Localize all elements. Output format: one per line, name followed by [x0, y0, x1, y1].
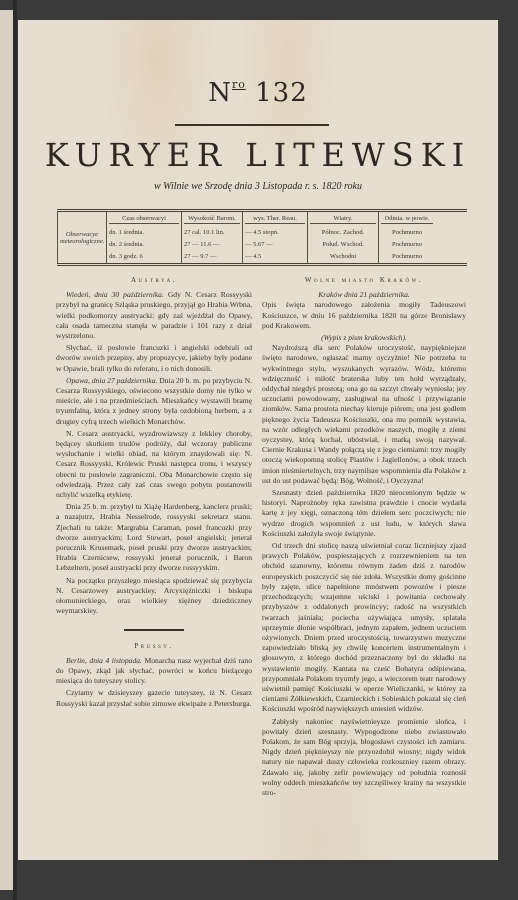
cell: dn. 2 średnia.: [109, 241, 179, 248]
section-separator: [124, 629, 184, 631]
adjacent-page-edge: [0, 10, 14, 890]
issue-dateline: w Wilnie we Srzodę dnia 3 Listopada r. s…: [18, 181, 498, 192]
section-heading-krakow: Wolne miasto Kraków.: [262, 275, 466, 285]
header-wind: Wiatry.: [310, 215, 376, 224]
cell: Połud. Wschod.: [310, 241, 376, 248]
section-heading-prussia: Prussy.: [56, 641, 252, 651]
newspaper-page: Nro 132 KURYER LITEWSKI w Wilnie we Srzo…: [18, 20, 498, 860]
cell: Wschodni: [310, 253, 376, 260]
paragraph-text: Czytamy w dzisieyszey gazecie tuteyszey,…: [56, 688, 252, 707]
cell: Północ. Zachod.: [310, 229, 376, 236]
article-source: (Wypis z pism krakowskich).: [262, 333, 466, 343]
weather-table-label: Obserwacye meteorologiczne.: [57, 212, 107, 263]
cell: 27 — 9.7 —: [184, 253, 240, 260]
book-spine: [13, 0, 17, 900]
paragraph-text: Na początku przyszłego miesiąca spodziew…: [56, 576, 252, 616]
left-column: Austrya. Wiedeń, dnia 30 października. G…: [56, 273, 252, 711]
number-value: 132: [255, 78, 308, 108]
right-column: Wolne miasto Kraków. Kraków dnia 21 paźd…: [262, 273, 466, 800]
weather-col-thermometer: wys. Ther. Reau. — 4.5 stopn. — 5.67 — —…: [243, 212, 308, 263]
cell: dn. 3 godz. 6: [109, 253, 179, 260]
cell: Pochmurno: [381, 229, 433, 236]
cell: 27 cal. 10.1 lin.: [184, 229, 240, 236]
weather-observation-table: Obserwacye meteorologiczne. Czas obserwa…: [57, 209, 467, 266]
cell: — 4.5 stopn.: [245, 229, 305, 236]
article-paragraph: Czytamy w dzisieyszey gazecie tuteyszey,…: [56, 688, 252, 708]
article-paragraph: Zabłysły nakoniec nayświetnieysze promie…: [262, 717, 466, 799]
cell: dn. 1 średnia.: [109, 229, 179, 236]
article-paragraph: Słychać, iż posłowie francuzki i angiels…: [56, 343, 252, 374]
article-paragraph: Dnia 25 b. m. przybył tu Xiążę Hardenber…: [56, 502, 252, 573]
article-paragraph: Wiedeń, dnia 30 października. Gdy N. Ces…: [56, 290, 252, 341]
weather-col-wind: Wiatry. Północ. Zachod. Połud. Wschod. W…: [308, 212, 379, 263]
weather-col-barometer: Wysokość Barom. 27 cal. 10.1 lin. 27 — 1…: [182, 212, 243, 263]
paragraph-text: Słychać, iż posłowie francuzki i angiels…: [56, 343, 252, 372]
article-paragraph: Szesnasty dzień października 1820 nieoce…: [262, 488, 466, 539]
paragraph-text: N. Cesarz austryacki, wyzdrowiawszy z le…: [56, 429, 252, 499]
cell: 27 — 11.6 —: [184, 241, 240, 248]
cell: Pochmurno: [381, 241, 433, 248]
article-paragraph: Naydroższą dla serc Polaków uroczystość,…: [262, 343, 466, 486]
newspaper-title: KURYER LITEWSKI: [18, 136, 498, 174]
header-thermometer: wys. Ther. Reau.: [245, 215, 305, 224]
cell: — 4.5: [245, 253, 305, 260]
article-dateline: Kraków dnia 21 października.: [262, 290, 466, 300]
article-paragraph: Od trzech dni stolicę naszą uświetniał c…: [262, 541, 466, 714]
masthead-rule: [175, 124, 329, 126]
paragraph-dateline: Opawa, dnia 27 października.: [66, 376, 157, 385]
header-conditions: Odmia. w powie.: [381, 215, 433, 224]
weather-label-text: Obserwacye meteorologiczne.: [60, 231, 104, 245]
paragraph-dateline: Wiedeń, dnia 30 października.: [66, 290, 164, 299]
article-intro: Opis święta narodowego założenia mogiły …: [262, 300, 466, 331]
cell: — 5.67 —: [245, 241, 305, 248]
article-paragraph: Opawa, dnia 27 października. Dnia 20 b. …: [56, 376, 252, 427]
weather-col-time: Czas obserwacyi dn. 1 średnia. dn. 2 śre…: [107, 212, 182, 263]
header-time: Czas obserwacyi: [109, 215, 179, 224]
number-superscript: ro: [232, 78, 246, 91]
article-paragraph: Na początku przyszłego miesiąca spodziew…: [56, 576, 252, 617]
paragraph-text: Dnia 25 b. m. przybył tu Xiążę Hardenber…: [56, 502, 252, 572]
cell: Pochmurno: [381, 253, 433, 260]
article-paragraph: Berlin, dnia 4 listopada. Monarcha nasz …: [56, 656, 252, 687]
article-paragraph: N. Cesarz austryacki, wyzdrowiawszy z le…: [56, 429, 252, 500]
section-heading-austria: Austrya.: [56, 275, 252, 285]
number-prefix: N: [208, 78, 232, 108]
paragraph-dateline: Berlin, dnia 4 listopada.: [66, 656, 142, 665]
issue-number: Nro 132: [18, 78, 498, 108]
weather-col-conditions: Odmia. w powie. Pochmurno Pochmurno Poch…: [379, 212, 435, 263]
header-barometer: Wysokość Barom.: [184, 215, 240, 224]
